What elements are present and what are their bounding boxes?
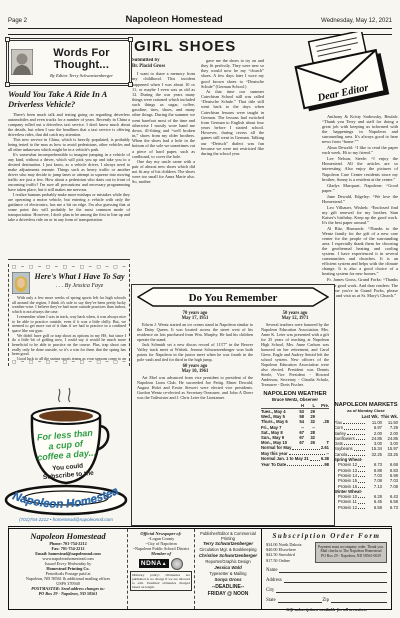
letter-item: June Dewald, Edgeley: “We love the Homes… xyxy=(322,194,398,204)
paragraph: I remember when I was in track, way back… xyxy=(12,315,126,334)
paragraph: Art Ebel was advanced from vice presiden… xyxy=(137,375,253,400)
staff-entry: Circulation Mgr. & Bookkeeping Christine… xyxy=(197,548,259,558)
member-of-label: Member of xyxy=(130,551,192,556)
page-number: Page 2 xyxy=(8,18,27,24)
masthead-box: Napoleon Homestead Phone: 701-754-2212Fa… xyxy=(9,529,127,609)
dyr-title: Do You Remember xyxy=(189,292,278,304)
letter-item: Gladys Marquart, Napoleon: “Good paper.” xyxy=(322,183,398,193)
dot-leader xyxy=(343,423,365,424)
dot-leader xyxy=(358,471,365,472)
name-field-label: Name xyxy=(266,568,277,573)
obituary-policy-note: Obituary policy: Obituaries are publishe… xyxy=(130,571,192,591)
subscription-form: Subscription Order Form $34.00 North Dak… xyxy=(261,529,391,609)
dot-leader xyxy=(347,434,365,435)
ndna-triangle-icon: ▲ xyxy=(162,561,167,567)
market-label: Protein 12 xyxy=(338,505,357,510)
markets-subtitle: as of Monday Close xyxy=(334,408,398,413)
paragraph: One day my uncle came with a pair of alm… xyxy=(132,159,195,185)
city-field-label: City xyxy=(266,588,274,593)
markets-col-last: Last Wk. xyxy=(362,414,379,419)
page-header: Page 2 Napoleon Homestead Wednesday, May… xyxy=(8,14,392,29)
staff-name: Sonya Gross xyxy=(197,577,259,582)
staff-name: Jessica Wald xyxy=(197,565,259,570)
heres-what-box: □ ~ □ ~ □ ~ □ ~ □ ~ □ ~ □ ~ □ ~ □ Here's… xyxy=(8,264,130,366)
dot-leader xyxy=(358,466,365,467)
gift-subscriptions-note: Gift subscriptions available for all occ… xyxy=(266,607,387,612)
subscription-title: Subscription Order Form xyxy=(266,532,387,540)
article-headline: GIRL SHOES xyxy=(134,38,264,55)
words-for-thought-title: Words For Thought... xyxy=(36,47,127,71)
subscription-rates: $34.00 North Dakota$40.00 Elsewhere$42.5… xyxy=(266,542,312,563)
official-newspaper-section: Official Newspaper of: ~Logan County~Cit… xyxy=(128,529,194,609)
newspaper-page: Page 2 Napoleon Homestead Wednesday, May… xyxy=(0,0,400,618)
masthead-line: PO Box 29 - Napoleon, ND 58561 xyxy=(12,591,124,596)
summary-label: Year To Date xyxy=(261,462,286,467)
masthead-strip: Napoleon Homestead Phone: 701-754-2212Fa… xyxy=(8,526,392,610)
heres-what-body: With only a few more weeks of spring spo… xyxy=(12,296,126,360)
paragraph: Several teachers were honored by the Nap… xyxy=(261,322,329,387)
market-last-week: 32.25 xyxy=(366,452,382,457)
dot-leader xyxy=(358,508,365,509)
weather-title: NAPOLEON WEATHER xyxy=(261,391,329,397)
dot-leader xyxy=(358,503,365,504)
state-field-line xyxy=(278,598,323,603)
dot-leader xyxy=(348,455,365,456)
paragraph: gave me the shoes to try on and they fit… xyxy=(201,58,264,89)
markets-col-this: This Wk. xyxy=(381,414,398,419)
markets-table: NAPOLEON MARKETS as of Monday Close Last… xyxy=(334,402,398,526)
dot-leader xyxy=(354,450,365,451)
subscription-rate: $17.50 Online xyxy=(266,558,312,563)
paragraph: At that time our summer Catechism School… xyxy=(201,89,264,156)
words-for-thought-byline: By Editor Terry Schwartzenberger xyxy=(36,73,127,78)
left-column: Words For Thought... By Editor Terry Sch… xyxy=(8,40,130,366)
envelope-icon: Dear Editor xyxy=(291,32,389,112)
payment-note: Payment must accompany order. Thank you.… xyxy=(315,542,387,563)
columnist-photo xyxy=(12,272,30,294)
address-field-label: Address xyxy=(266,578,282,583)
staff-entry: Typesetter & Mailing Sonya Gross xyxy=(197,572,259,582)
column-divider xyxy=(8,259,130,260)
weather-summary-row: Year To Date .98 xyxy=(261,462,329,467)
market-this-week: 6.73 xyxy=(382,505,398,510)
ad-contact: (701)754-2212 • homestead@napoleonnd.com xyxy=(19,517,113,522)
frame-corner-ornament xyxy=(5,82,10,87)
issue-date: Wednesday, May 12, 2021 xyxy=(321,18,392,24)
paragraph: With only a few more weeks of spring spo… xyxy=(12,296,126,315)
dot-leader xyxy=(358,497,365,498)
weather-col-low: L xyxy=(304,403,315,408)
editorial-headline: Would You Take A Ride In A Driverless Ve… xyxy=(8,90,130,109)
staff-entry: Publisher/Editor & Commercial Printing T… xyxy=(197,532,259,546)
article-author: Br. Placid Gross xyxy=(132,64,195,70)
market-this-week: 7.08 xyxy=(382,484,398,489)
article-column-2: gave me the shoes to try on and they fit… xyxy=(201,58,264,282)
editor-photo xyxy=(11,49,33,75)
temp-high: 67 xyxy=(293,440,304,445)
paragraph: It's somewhat incomprehensible to imagin… xyxy=(8,152,130,192)
market-row: Protein 12 6.58 6.73 xyxy=(334,505,398,510)
coffee-subscription-ad: For less than a cup of coffee a day... Y… xyxy=(2,384,130,524)
staff-name: Terry Schwartzenberger xyxy=(197,541,259,546)
dot-leader xyxy=(358,476,365,477)
letter-item: Al Ritz, Bismarck: “Thanks to the Wentz … xyxy=(322,226,398,276)
letter-item: Leo Vilhauer, Wishek: “Enclosed find my … xyxy=(322,205,398,225)
state-field-label: State xyxy=(266,598,276,603)
words-for-thought-box: Words For Thought... By Editor Terry Sch… xyxy=(8,40,130,84)
dot-leader xyxy=(289,454,326,455)
paragraph: Jack Schmidt set a new discus record of … xyxy=(137,342,253,362)
heres-what-byline: . . . By Jessica Faye xyxy=(33,283,126,289)
paragraph: There's been much talk and testing going… xyxy=(8,112,130,137)
weather-col-high: H xyxy=(293,403,304,408)
deadline-line: --DEADLINE-- xyxy=(197,584,259,590)
dot-leader xyxy=(344,429,365,430)
paragraph: I want to share a memory from my childho… xyxy=(132,71,195,159)
heres-what-title: Here's What I Have To Say xyxy=(33,272,126,281)
paragraph: I realize humans probably make more mish… xyxy=(8,192,130,222)
decorative-border-top: □ ~ □ ~ □ ~ □ ~ □ ~ □ ~ □ ~ □ ~ □ xyxy=(12,265,126,270)
letter-item: Alma Dewald: “I like to read the paper e… xyxy=(322,145,398,155)
staff-role: Publisher/Editor & Commercial Printing xyxy=(197,532,259,541)
dot-leader xyxy=(287,465,322,466)
summary-value: .98 xyxy=(323,462,329,467)
paragraph: Edwin J. Wentz started an ice cream stan… xyxy=(137,322,253,342)
ribbon-banner: Do You Remember xyxy=(137,287,329,307)
dot-leader xyxy=(344,444,365,445)
dot-leader xyxy=(310,460,320,461)
temp-low: 26 xyxy=(304,440,315,445)
dyr-right-column: 50 years ago May 12, 1971 Several teache… xyxy=(261,309,329,467)
dear-editor-graphic: Dear Editor xyxy=(282,32,398,112)
ndna-logo: NDNA▲ xyxy=(139,559,169,568)
masthead-title: Napoleon Homestead xyxy=(12,531,124,541)
paper-title: Napoleon Homestead xyxy=(126,14,223,25)
market-last-week: 7.13 xyxy=(366,484,382,489)
deadline-line: FRIDAY @ NOON xyxy=(197,591,259,597)
zip-field-label: Zip xyxy=(322,598,329,603)
zip-field-line xyxy=(331,598,387,603)
weather-observer: Bruce Wentz, Observer xyxy=(261,397,329,402)
market-this-week: 33.25 xyxy=(382,452,398,457)
staff-section: Publisher/Editor & Commercial Printing T… xyxy=(195,529,261,609)
letter-item: Lee Nelson, Steele: “I enjoy the Homeste… xyxy=(322,156,398,181)
name-field-line xyxy=(279,568,387,573)
dot-leader xyxy=(356,439,365,440)
dot-leader xyxy=(292,449,319,450)
decorative-border-bottom: □ ~ □ ~ □ ~ □ ~ □ ~ □ ~ □ ~ □ ~ □ xyxy=(12,360,126,365)
paragraph: This new service in China, which is heav… xyxy=(8,137,130,152)
letter-item: Anthony & Kristy Sadowsky, Beulah: “Than… xyxy=(322,114,398,144)
press-association-seal xyxy=(171,558,183,570)
city-field-line xyxy=(276,588,387,593)
markets-header-row: Last Wk. This Wk. xyxy=(334,414,398,419)
weather-col-precip: Pre. xyxy=(315,403,329,408)
staff-name: Christine Schwartzenberger xyxy=(197,553,259,558)
article-column-1: Submitted by Br. Placid Gross I want to … xyxy=(132,58,195,282)
dyr-left-column: 70 years ago May 17, 1951 Edwin J. Wentz… xyxy=(137,309,253,467)
girl-shoes-article: GIRL SHOES Submitted by Br. Placid Gross… xyxy=(132,38,264,284)
dot-leader xyxy=(358,487,365,488)
weather-table: NAPOLEON WEATHER Bruce Wentz, Observer H… xyxy=(261,391,329,467)
editorial-body: There's been much talk and testing going… xyxy=(8,112,130,254)
address-field-line xyxy=(284,578,387,583)
do-you-remember-box: Do You Remember 70 years ago May 17, 195… xyxy=(131,284,335,526)
steam-icon xyxy=(59,388,70,402)
staff-entry: Reporter/Graphic Design Jessica Wald xyxy=(197,560,259,570)
market-last-week: 6.58 xyxy=(366,505,382,510)
frame-corner-ornament xyxy=(5,37,10,42)
dot-leader xyxy=(358,482,365,483)
paragraph: We didn't have golf or trap shoot as opt… xyxy=(12,334,126,358)
